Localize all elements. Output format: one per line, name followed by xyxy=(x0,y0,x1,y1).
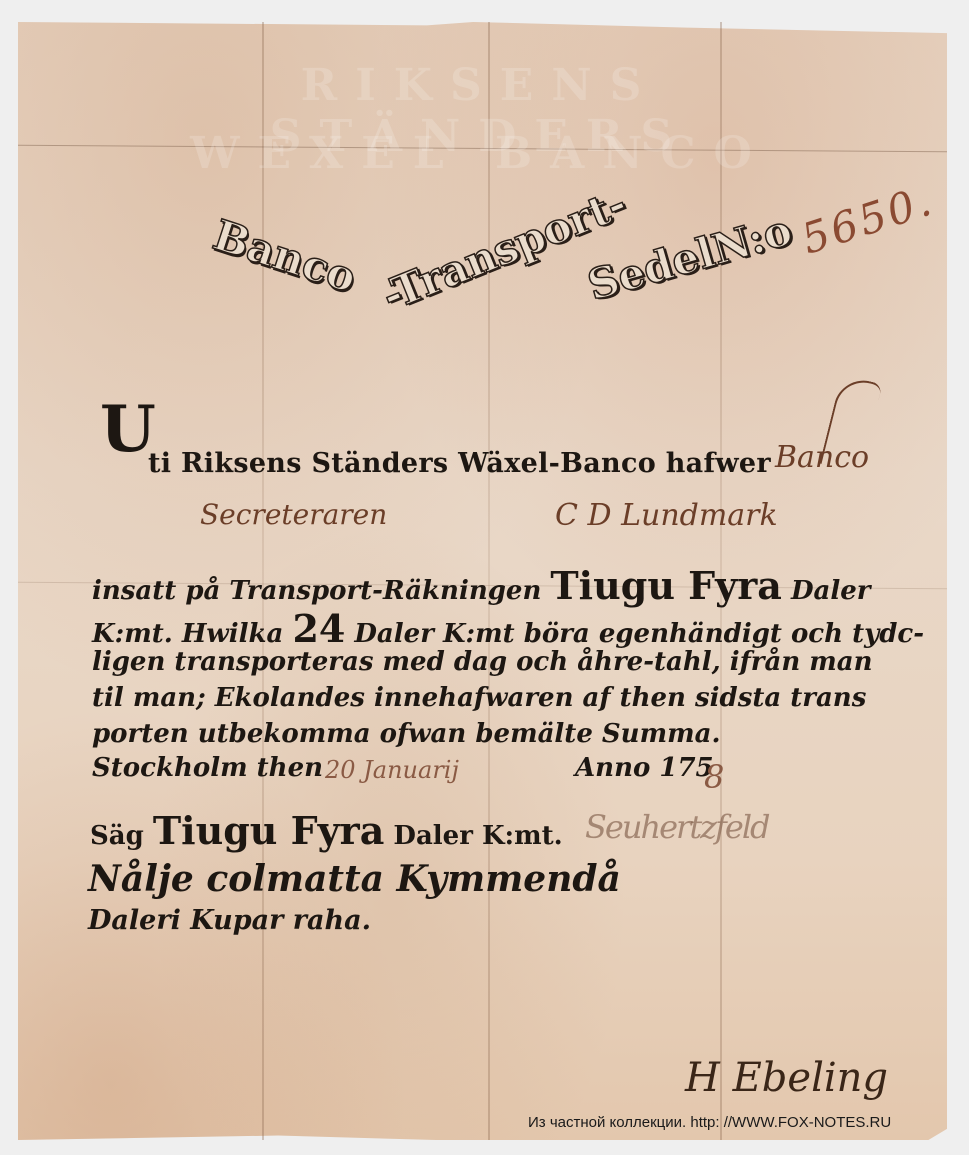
amount-words: Tiugu Fyra xyxy=(550,563,781,608)
handwritten-banco: Banco xyxy=(775,440,869,475)
signature-bottom: H Ebeling xyxy=(685,1055,888,1101)
signature-middle: Seuhertzfeld xyxy=(585,808,769,846)
say-label: Säg xyxy=(90,821,153,851)
finnish-currency-line: Daleri Kupar raha. xyxy=(88,905,371,936)
body-line-3: ligen transporteras med dag och åhre-tah… xyxy=(92,647,873,677)
body-line-5: porten utbekomma ofwan bemälte Summa. xyxy=(92,719,721,749)
amount-number: 24 xyxy=(292,606,345,651)
collection-credit: Из частной коллекции. http: //WWW.FOX-NO… xyxy=(528,1114,891,1131)
handwritten-date: 20 Januarij xyxy=(325,756,459,784)
anno-label: Anno 175 xyxy=(575,753,714,783)
body-text: Daler xyxy=(782,576,871,606)
body-line-1: insatt på Transport-Räkningen Tiugu Fyra… xyxy=(92,563,870,608)
amount-words: Tiugu Fyra xyxy=(153,808,384,853)
body-line-2: K:mt. Hwilka 24 Daler K:mt böra egenhänd… xyxy=(92,606,924,651)
body-line-4: til man; Ekolandes innehafwaren af then … xyxy=(92,683,866,713)
body-text: Daler K:mt böra egenhändigt och tydc- xyxy=(345,619,924,649)
note-title: Banco -Transport- SedelN:o xyxy=(215,205,815,325)
watermark-line-2: WEXEL BANCO xyxy=(120,128,840,179)
finnish-amount-line: Nålje colmatta Kymmendå xyxy=(88,858,621,900)
handwritten-depositor-name: C D Lundmark xyxy=(555,498,778,533)
handwritten-title: Secreteraren xyxy=(200,498,387,531)
opening-line: ti Riksens Ständers Wäxel-Banco hafwer xyxy=(148,448,771,479)
body-line-6: Stockholm then xyxy=(92,753,323,783)
body-text: insatt på Transport-Räkningen xyxy=(92,576,550,606)
title-banco: Banco xyxy=(207,210,362,302)
amount-line: Säg Tiugu Fyra Daler K:mt. xyxy=(90,808,563,853)
body-text: K:mt. Hwilka xyxy=(92,619,292,649)
currency-label: Daler K:mt. xyxy=(384,821,562,851)
handwritten-year-digit: 8 xyxy=(704,758,724,796)
